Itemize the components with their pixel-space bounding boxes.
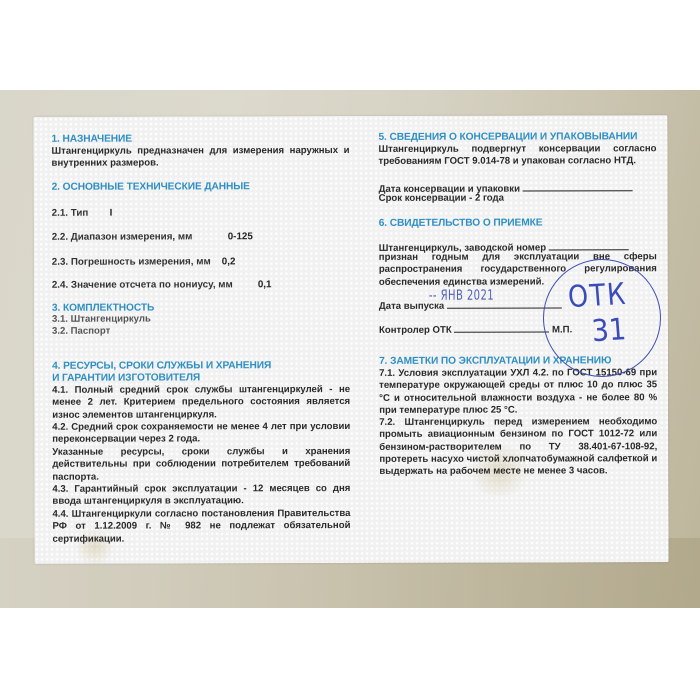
serial-number-blank (549, 239, 629, 250)
section-2-heading: 2. ОСНОВНЫЕ ТЕХНИЧЕСКИЕ ДАННЫЕ (52, 181, 250, 194)
section-4-paragraph: 4.4. Штангенциркули согласно постановлен… (52, 508, 350, 546)
spec-label: 2.3. Погрешность измерения, мм (52, 256, 211, 267)
controller-label: Контролер ОТК (379, 325, 452, 336)
section-5-text: Штангенциркуль подвергнут консервации со… (378, 143, 656, 168)
spec-label: 2.4. Значение отсчета по нониусу, мм (52, 279, 233, 290)
spec-row-accuracy: 2.3. Погрешность измерения, мм 0,2 (52, 256, 211, 267)
right-column: 5. СВЕДЕНИЯ О КОНСЕРВАЦИИ И УПАКОВЫВАНИИ… (378, 115, 660, 116)
kit-item: 3.2. Паспорт (52, 326, 110, 338)
section-4-paragraph: 4.3. Гарантийный срок эксплуатации - 12 … (52, 483, 350, 508)
kit-item: 3.1. Штангенциркуль (52, 314, 151, 327)
controller-signature-blank (454, 321, 549, 332)
section-1-heading: 1. НАЗНАЧЕНИЕ (51, 134, 132, 146)
spec-row-vernier: 2.4. Значение отсчета по нониусу, мм 0,1 (52, 279, 233, 290)
spec-row-type: 2.1. Тип I (52, 208, 89, 219)
conservation-date-blank (523, 180, 633, 191)
section-1-text: Штангенциркуль предназначен для измерени… (51, 145, 349, 170)
spec-value: 0-125 (228, 231, 253, 242)
spec-value: I (110, 208, 113, 219)
conservation-term: Срок консервации - 2 года (379, 193, 504, 206)
spec-label: 2.1. Тип (52, 208, 89, 219)
section-7-paragraph: 7.2. Штангенциркуль перед измерением нео… (379, 416, 657, 478)
section-5-heading: 5. СВЕДЕНИЯ О КОНСЕРВАЦИИ И УПАКОВЫВАНИИ (378, 131, 637, 144)
spec-label: 2.2. Диапазон измерения, мм (52, 231, 193, 242)
section-4-paragraph: 4.1. Полный средний срок службы штангенц… (52, 384, 350, 422)
section-6-heading: 6. СВИДЕТЕЛЬСТВО О ПРИЕМКЕ (379, 217, 543, 229)
spec-row-range: 2.2. Диапазон измерения, мм 0-125 (52, 231, 193, 242)
section-4-heading: 4. РЕСУРСЫ, СРОКИ СЛУЖБЫ И ХРАНЕНИЯ (52, 360, 271, 373)
section-4-paragraph: 4.2. Средний срок сохраняемости не менее… (52, 421, 350, 446)
spec-value: 0,1 (258, 279, 272, 290)
stamp-text-otk: ОТК (567, 277, 629, 315)
section-4-paragraph: Указанные ресурсы, сроки службы и хранен… (52, 446, 350, 484)
spec-value: 0,2 (222, 256, 236, 267)
section-4-heading-line2: И ГАРАНТИИ ИЗГОТОВИТЕЛЯ (52, 372, 200, 384)
left-column: 1. НАЗНАЧЕНИЕ Штангенциркуль предназначе… (51, 116, 353, 117)
release-date-handwritten: -- ЯНВ 2021 (429, 288, 494, 304)
stamp-number: 31 (590, 312, 627, 349)
